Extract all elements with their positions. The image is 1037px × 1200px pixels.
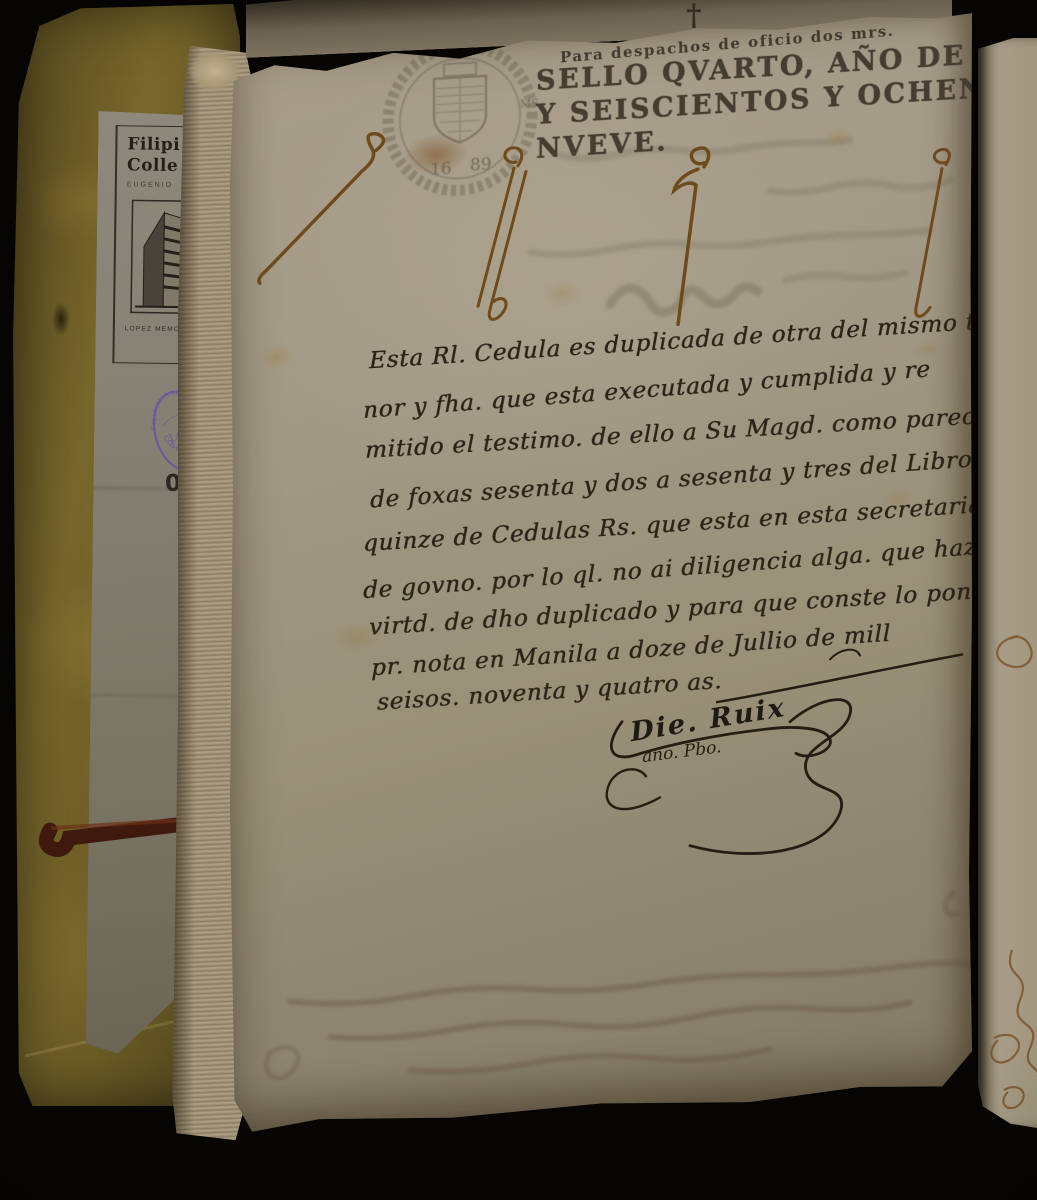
next-folio-edge (978, 38, 1037, 1128)
seal-year-right: 89 (470, 154, 492, 175)
manuscript-page: Para despachos de oficio dos mrs. 16 89 … (230, 11, 972, 1133)
royal-seal-stamp: 16 89 MS (378, 28, 542, 208)
cross-mark: † (686, 0, 702, 33)
next-folio-ink-scribbles (978, 38, 1037, 1128)
seal-year-left: 16 (430, 159, 452, 180)
manuscript-photograph: Filipi Colle EUGENIO LOPEZ MEMORIAL (0, 0, 1037, 1200)
